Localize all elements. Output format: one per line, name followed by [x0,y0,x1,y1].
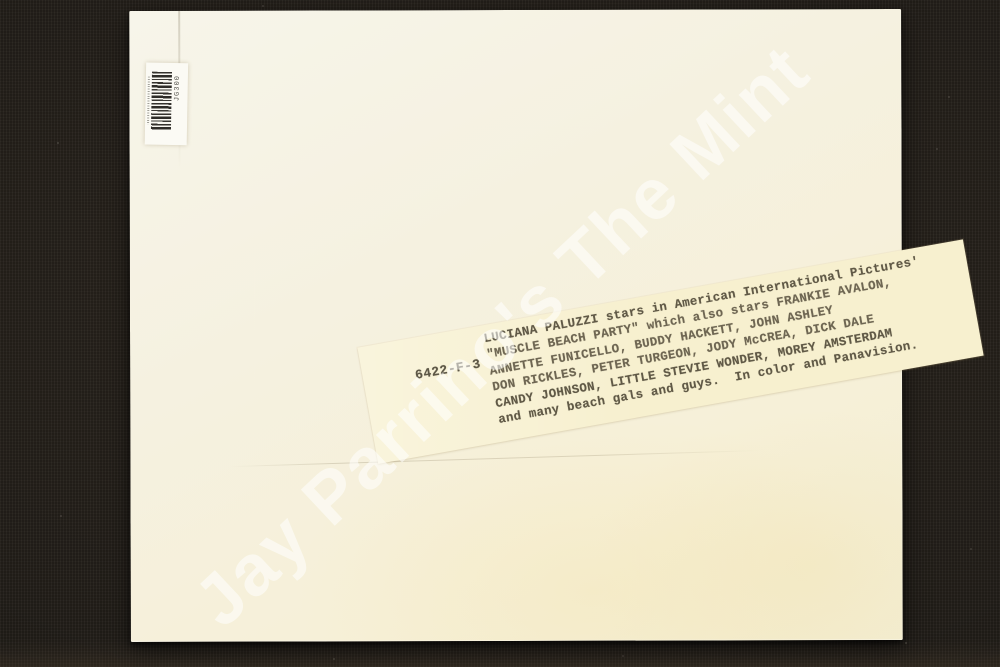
dust-speck [905,642,907,644]
photo-paper: JG300 6422-F-3 LUCIANA PALUZZI stars in … [129,9,903,642]
barcode-microtext [147,77,150,125]
dust-speck [622,655,624,657]
paper-crease-horizontal [230,450,760,467]
photo-stage: JG300 6422-F-3 LUCIANA PALUZZI stars in … [0,0,1000,667]
barcode-bars [151,72,172,130]
dust-speck [60,515,62,517]
caption-slip: 6422-F-3 LUCIANA PALUZZI stars in Americ… [357,239,983,464]
dust-speck [970,548,972,550]
barcode-sticker: JG300 [145,63,188,146]
dust-speck [57,142,59,144]
dust-speck [333,658,335,660]
dust-speck [948,96,950,98]
barcode-code-label: JG300 [173,75,181,101]
dust-speck [262,5,264,7]
caption-text-block: LUCIANA PALUZZI stars in American Intern… [483,254,935,429]
dust-speck [936,148,938,150]
catalog-number: 6422-F-3 [414,356,482,382]
